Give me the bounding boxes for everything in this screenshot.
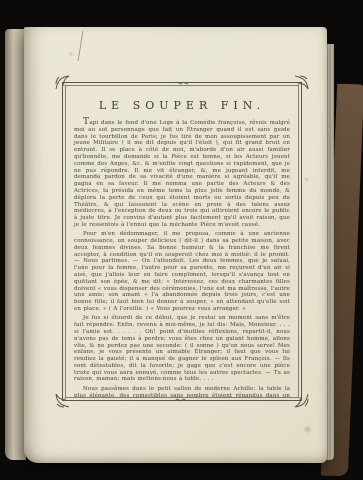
paper-crease bbox=[78, 31, 84, 61]
body-paragraph-1: Tapi dans le fond d'une Loge à la Comédi… bbox=[74, 119, 290, 229]
page-title: LE SOUPER FIN. bbox=[74, 99, 290, 112]
foxing-spot bbox=[304, 177, 309, 182]
body-paragraph-4: Nous passâmes dans le petit sallon de mo… bbox=[74, 386, 290, 398]
book-page: LE SOUPER FIN. Tapi dans le fond d'une L… bbox=[24, 27, 327, 463]
body-paragraph-3: Je fus si étourdi de ce début, que je re… bbox=[74, 315, 290, 383]
photo-background: LE SOUPER FIN. Tapi dans le fond d'une L… bbox=[0, 0, 363, 480]
body-paragraph-2: Pour m'en dédommager, il me proposa, com… bbox=[74, 231, 290, 313]
ornamental-frame: LE SOUPER FIN. Tapi dans le fond d'une L… bbox=[62, 82, 302, 401]
foxing-spot bbox=[68, 51, 74, 57]
frame-inner-rule: LE SOUPER FIN. Tapi dans le fond d'une L… bbox=[65, 85, 299, 398]
gutter-page-edges bbox=[5, 29, 26, 460]
foxing-spot bbox=[303, 425, 312, 434]
body-text: Tapi dans le fond d'une Loge à la Comédi… bbox=[74, 119, 290, 398]
